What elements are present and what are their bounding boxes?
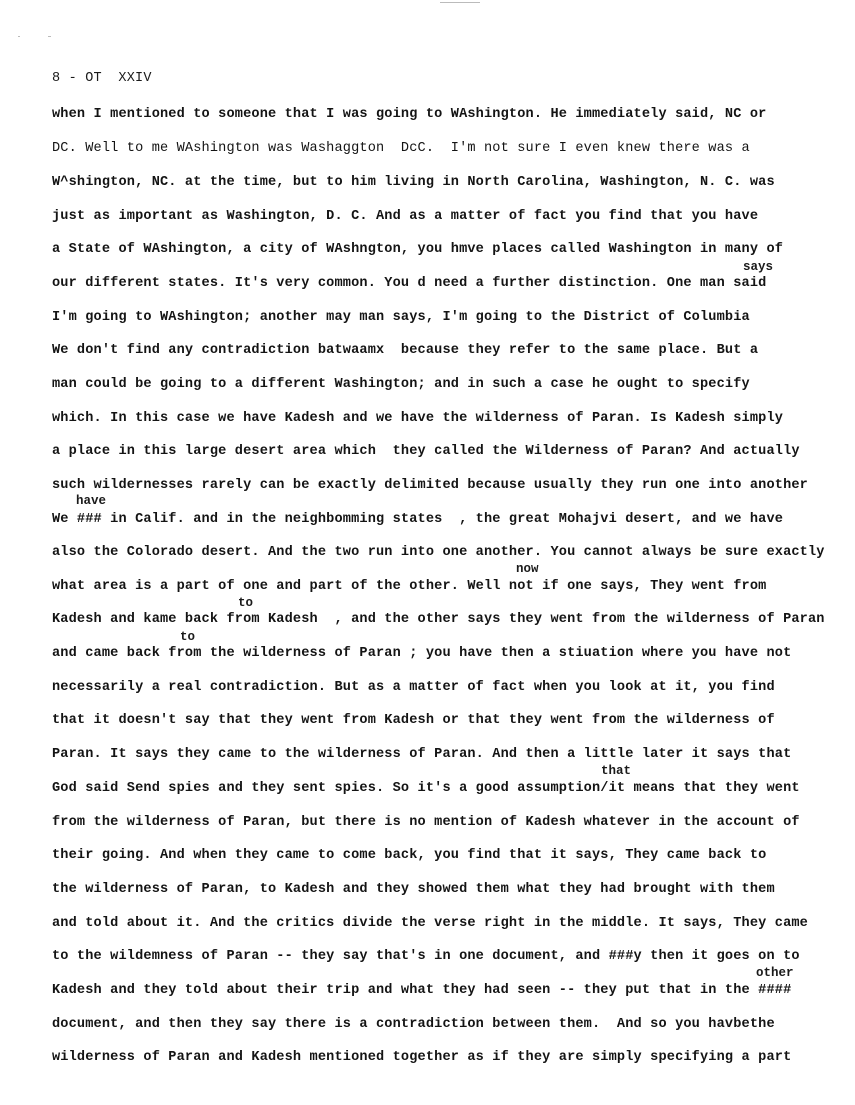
correction-to-2: to — [180, 630, 195, 644]
text-line-19: that it doesn't say that they went from … — [52, 713, 775, 728]
text-line-27: Kadesh and they told about their trip an… — [52, 983, 791, 998]
scan-artifact-left — [18, 36, 20, 37]
text-line-21: God said Send spies and they sent spies.… — [52, 781, 800, 796]
correction-to-1: to — [238, 596, 253, 610]
text-line-17: and came back from the wilderness of Par… — [52, 646, 791, 661]
text-line-26: to the wildemness of Paran -- they say t… — [52, 949, 800, 964]
text-line-28: document, and then they say there is a c… — [52, 1017, 775, 1032]
text-line-15: what area is a part of one and part of t… — [52, 579, 766, 594]
typewritten-page: 8 - OT XXIV when I mentioned to someone … — [0, 0, 855, 1105]
text-line-5: a State of WAshington, a city of WAshngt… — [52, 242, 783, 257]
text-line-3: W^shington, NC. at the time, but to him … — [52, 175, 775, 190]
text-line-22: from the wilderness of Paran, but there … — [52, 815, 800, 830]
text-line-10: which. In this case we have Kadesh and w… — [52, 411, 783, 426]
text-line-18: necessarily a real contradiction. But as… — [52, 680, 775, 695]
text-line-2: DC. Well to me WAshington was Washaggton… — [52, 141, 750, 156]
correction-says: says — [743, 260, 773, 274]
correction-have: have — [76, 494, 106, 508]
text-line-9: man could be going to a different Washin… — [52, 377, 750, 392]
correction-that: that — [601, 764, 631, 778]
text-line-11: a place in this large desert area which … — [52, 444, 800, 459]
text-line-20: Paran. It says they came to the wilderne… — [52, 747, 791, 762]
scan-artifact-left-2 — [48, 36, 51, 37]
text-line-29: wilderness of Paran and Kadesh mentioned… — [52, 1050, 791, 1065]
text-line-14: also the Colorado desert. And the two ru… — [52, 545, 825, 560]
text-line-12: such wildernesses rarely can be exactly … — [52, 478, 808, 493]
text-line-13: We ### in Calif. and in the neighbomming… — [52, 512, 783, 527]
text-line-25: and told about it. And the critics divid… — [52, 916, 808, 931]
text-line-23: their going. And when they came to come … — [52, 848, 766, 863]
text-line-4: just as important as Washington, D. C. A… — [52, 209, 758, 224]
correction-other: other — [756, 966, 794, 980]
text-line-1: when I mentioned to someone that I was g… — [52, 107, 766, 122]
scan-artifact-top — [440, 2, 480, 3]
text-line-24: the wilderness of Paran, to Kadesh and t… — [52, 882, 775, 897]
text-line-6: our different states. It's very common. … — [52, 276, 766, 291]
correction-now: now — [516, 562, 539, 576]
page-header: 8 - OT XXIV — [52, 71, 152, 86]
text-line-8: We don't find any contradiction batwaamx… — [52, 343, 758, 358]
text-line-7: I'm going to WAshington; another may man… — [52, 310, 750, 325]
text-line-16: Kadesh and kame back from Kadesh , and t… — [52, 612, 825, 627]
